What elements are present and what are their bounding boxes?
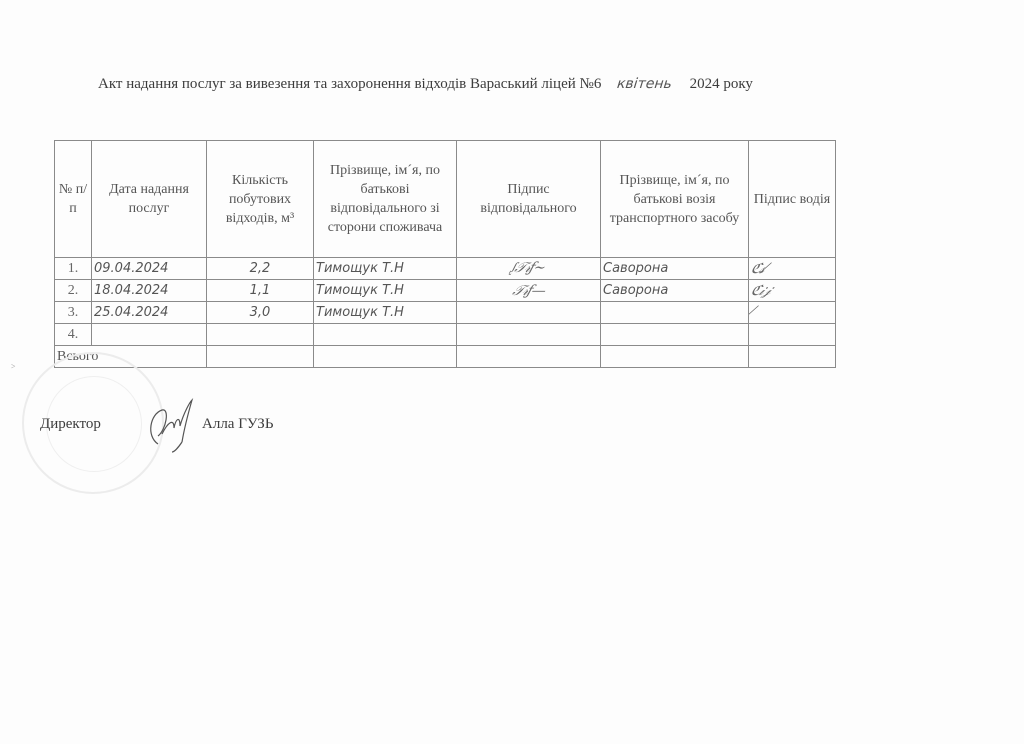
director-label: Директор [40, 416, 101, 433]
signature-stroke-icon: ⁄ [749, 304, 755, 320]
table-total-row: Всього [55, 346, 836, 368]
row-responsible: Тимощук Т.Н [314, 302, 457, 324]
row-driver-signature: ⁄ [749, 302, 836, 324]
row-number: 1. [55, 258, 92, 280]
row-driver-signature: ℭ𝓈⁄ [749, 258, 836, 280]
total-volume [207, 346, 314, 368]
row-driver [601, 324, 749, 346]
row-volume: 1,1 [207, 280, 314, 302]
row-responsible [314, 324, 457, 346]
signature-icon: ℭ𝓈⁄ [749, 261, 768, 277]
row-date: 18.04.2024 [92, 280, 207, 302]
row-date: 25.04.2024 [92, 302, 207, 324]
document-title: Акт надання послуг за вивезення та захор… [98, 76, 753, 93]
total-empty [314, 346, 457, 368]
title-suffix: 2024 року [690, 76, 753, 92]
header-volume: Кількість побутових відходів, м³ [207, 141, 314, 258]
row-driver-signature [749, 324, 836, 346]
header-responsible: Прізвище, ім´я, по батькові відповідальн… [314, 141, 457, 258]
header-number: № п/п [55, 141, 92, 258]
row-volume [207, 324, 314, 346]
director-name: Алла ГУЗЬ [202, 416, 273, 433]
director-signature-icon [144, 396, 200, 459]
signature-icon: ᶘ𝒯𝓇ƒ~ [509, 260, 547, 277]
row-volume: 3,0 [207, 302, 314, 324]
row-driver: Саворона [601, 280, 749, 302]
header-date: Дата надання послуг [92, 141, 207, 258]
row-number: 2. [55, 280, 92, 302]
table-header-row: № п/п Дата надання послуг Кількість побу… [55, 141, 836, 258]
row-driver: Саворона [601, 258, 749, 280]
table-row: 3. 25.04.2024 3,0 Тимощук Т.Н ⁄ [55, 302, 836, 324]
table-row: 1. 09.04.2024 2,2 Тимощук Т.Н ᶘ𝒯𝓇ƒ~ Саво… [55, 258, 836, 280]
row-driver [601, 302, 749, 324]
signature-icon: 𝒯𝓇ƒ— [510, 283, 547, 299]
scan-mark: > [11, 362, 16, 371]
row-responsible-signature [457, 324, 601, 346]
row-number: 4. [55, 324, 92, 346]
services-act-table: № п/п Дата надання послуг Кількість побу… [54, 140, 836, 368]
row-responsible: Тимощук Т.Н [314, 280, 457, 302]
title-prefix: Акт надання послуг за вивезення та захор… [98, 76, 601, 92]
table-row: 4. [55, 324, 836, 346]
row-responsible-signature: ᶘ𝒯𝓇ƒ~ [457, 258, 601, 280]
handwritten-month: квітень [616, 76, 672, 92]
row-volume: 2,2 [207, 258, 314, 280]
row-number: 3. [55, 302, 92, 324]
total-empty [601, 346, 749, 368]
row-responsible-signature [457, 302, 601, 324]
header-driver: Прізвище, ім´я, по батькові возія трансп… [601, 141, 749, 258]
table-row: 2. 18.04.2024 1,1 Тимощук Т.Н 𝒯𝓇ƒ— Савор… [55, 280, 836, 302]
row-responsible: Тимощук Т.Н [314, 258, 457, 280]
row-responsible-signature: 𝒯𝓇ƒ— [457, 280, 601, 302]
header-responsible-signature: Підпис відповідального [457, 141, 601, 258]
row-date: 09.04.2024 [92, 258, 207, 280]
header-driver-signature: Підпис водія [749, 141, 836, 258]
total-empty [457, 346, 601, 368]
signature-icon: ℭ𝒾𝒿 [749, 283, 773, 299]
total-empty [749, 346, 836, 368]
row-date [92, 324, 207, 346]
row-driver-signature: ℭ𝒾𝒿 [749, 280, 836, 302]
